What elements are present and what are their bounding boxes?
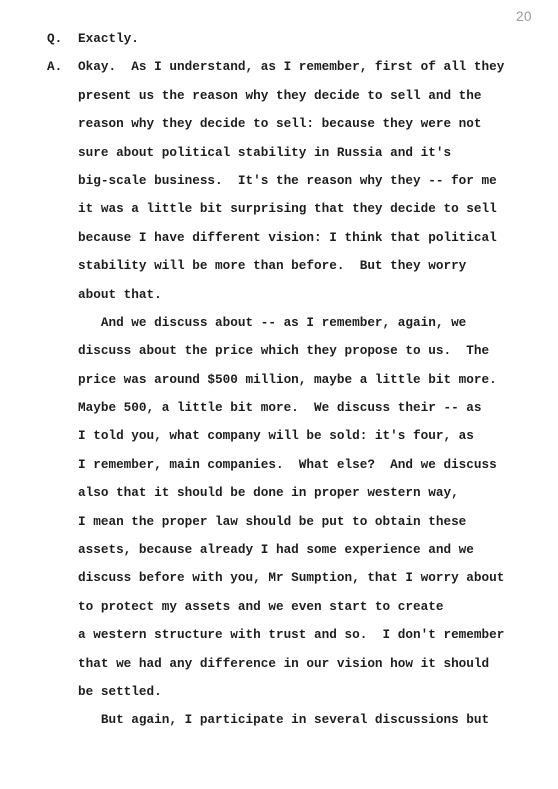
line-text: And we discuss about -- as I remember, a… (78, 315, 466, 330)
line-text: stability will be more than before. But … (78, 258, 466, 273)
line-text: discuss before with you, Mr Sumption, th… (78, 570, 504, 585)
transcript-line: that we had any difference in our vision… (47, 650, 558, 678)
transcript-line: also that it should be done in proper we… (47, 479, 558, 507)
line-text: that we had any difference in our vision… (78, 656, 489, 671)
transcript-line: stability will be more than before. But … (47, 252, 558, 280)
transcript-line: present us the reason why they decide to… (47, 82, 558, 110)
line-text: to protect my assets and we even start t… (78, 599, 443, 614)
transcript-line: price was around $500 million, maybe a l… (47, 366, 558, 394)
line-text: assets, because already I had some exper… (78, 542, 474, 557)
line-text: reason why they decide to sell: because … (78, 116, 482, 131)
line-text: price was around $500 million, maybe a l… (78, 372, 497, 387)
line-text: also that it should be done in proper we… (78, 485, 459, 500)
page-number: 20 (516, 9, 532, 24)
transcript-body: Q.Exactly. A.Okay. As I understand, as I… (47, 25, 558, 735)
line-text: I told you, what company will be sold: i… (78, 428, 474, 443)
line-text: it was a little bit surprising that they… (78, 201, 497, 216)
line-text: sure about political stability in Russia… (78, 145, 451, 160)
transcript-line: reason why they decide to sell: because … (47, 110, 558, 138)
transcript-line: because I have different vision: I think… (47, 224, 558, 252)
transcript-line: about that. (47, 281, 558, 309)
transcript-line: big-scale business. It's the reason why … (47, 167, 558, 195)
transcript-line: Maybe 500, a little bit more. We discuss… (47, 394, 558, 422)
line-text: Exactly. (78, 31, 139, 46)
line-text: big-scale business. It's the reason why … (78, 173, 497, 188)
transcript-line: discuss before with you, Mr Sumption, th… (47, 564, 558, 592)
transcript-line: be settled. (47, 678, 558, 706)
transcript-line: it was a little bit surprising that they… (47, 195, 558, 223)
line-text: I mean the proper law should be put to o… (78, 514, 466, 529)
speaker-label: Q. (47, 25, 62, 53)
line-text: Maybe 500, a little bit more. We discuss… (78, 400, 482, 415)
speaker-label: A. (47, 53, 62, 81)
line-text: because I have different vision: I think… (78, 230, 497, 245)
transcript-line: Q.Exactly. (47, 25, 558, 53)
transcript-line: A.Okay. As I understand, as I remember, … (47, 53, 558, 81)
transcript-line: I mean the proper law should be put to o… (47, 508, 558, 536)
line-text: present us the reason why they decide to… (78, 88, 482, 103)
line-text: discuss about the price which they propo… (78, 343, 489, 358)
transcript-line: a western structure with trust and so. I… (47, 621, 558, 649)
line-text: But again, I participate in several disc… (78, 712, 489, 727)
transcript-line: assets, because already I had some exper… (47, 536, 558, 564)
transcript-line: I remember, main companies. What else? A… (47, 451, 558, 479)
transcript-line: But again, I participate in several disc… (47, 706, 558, 734)
transcript-page: 20 Q.Exactly. A.Okay. As I understand, a… (0, 0, 558, 789)
line-text: be settled. (78, 684, 162, 699)
transcript-line: And we discuss about -- as I remember, a… (47, 309, 558, 337)
line-text: a western structure with trust and so. I… (78, 627, 504, 642)
line-text: about that. (78, 287, 162, 302)
line-text: Okay. As I understand, as I remember, fi… (78, 59, 504, 74)
line-text: I remember, main companies. What else? A… (78, 457, 497, 472)
transcript-line: sure about political stability in Russia… (47, 139, 558, 167)
transcript-line: discuss about the price which they propo… (47, 337, 558, 365)
transcript-line: to protect my assets and we even start t… (47, 593, 558, 621)
transcript-line: I told you, what company will be sold: i… (47, 422, 558, 450)
